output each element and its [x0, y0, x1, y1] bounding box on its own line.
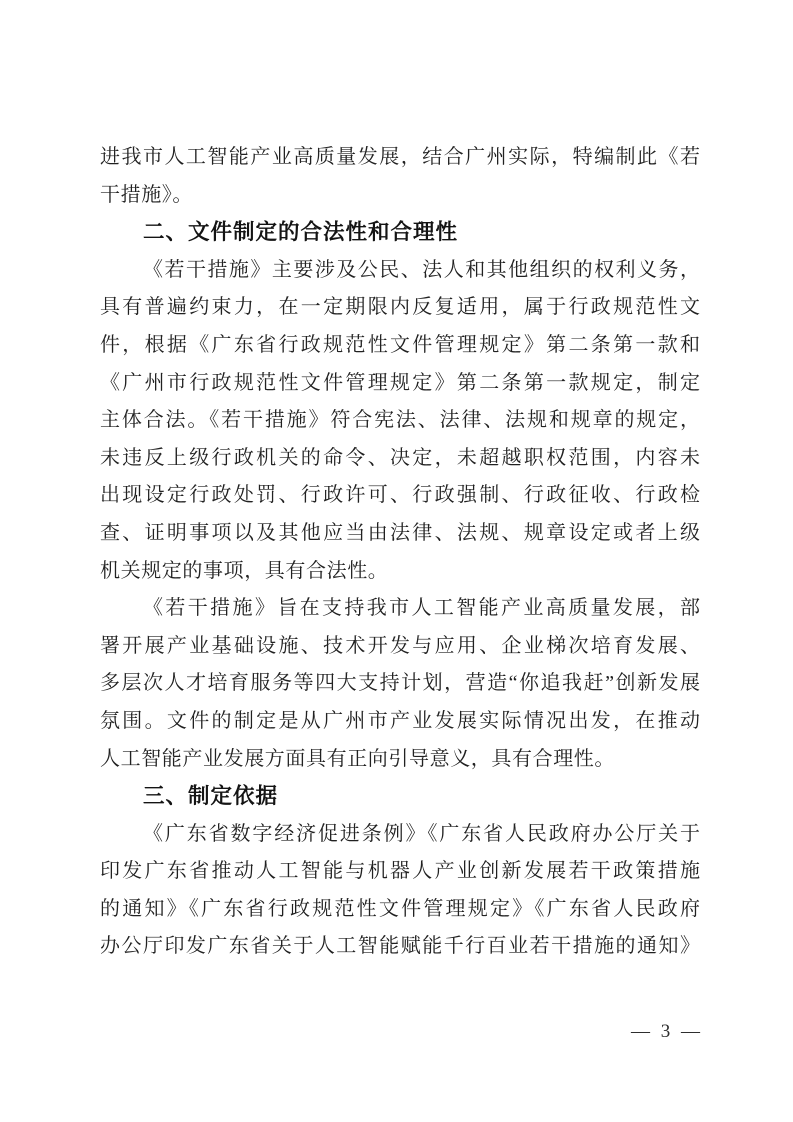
- body-line: 氛围。文件的制定是从广州市产业发展实际情况出发，在推动: [100, 703, 700, 741]
- body-line: 件，根据《广东省行政规范性文件管理规定》第二条第一款和: [100, 327, 700, 365]
- body-line: 进我市人工智能产业高质量发展，结合广州实际，特编制此《若: [100, 139, 700, 177]
- body-line: 机关规定的事项，具有合法性。: [100, 553, 700, 591]
- body-line: 《广东省数字经济促进条例》《广东省人民政府办公厅关于: [100, 816, 700, 854]
- body-line: 署开展产业基础设施、技术开发与应用、企业梯次培育发展、: [100, 628, 700, 666]
- document-body: 进我市人工智能产业高质量发展，结合广州实际，特编制此《若干措施》。二、文件制定的…: [100, 139, 700, 966]
- body-line: 未违反上级行政机关的命令、决定，未超越职权范围，内容未: [100, 440, 700, 478]
- body-line: 多层次人才培育服务等四大支持计划，营造“你追我赶”创新发展: [100, 665, 700, 703]
- body-line: 干措施》。: [100, 177, 700, 215]
- body-line: 人工智能产业发展方面具有正向引导意义，具有合理性。: [100, 741, 700, 779]
- body-line: 查、证明事项以及其他应当由法律、法规、规章设定或者上级: [100, 515, 700, 553]
- body-line: 具有普遍约束力，在一定期限内反复适用，属于行政规范性文: [100, 289, 700, 327]
- section-heading: 三、制定依据: [100, 778, 700, 816]
- body-line: 《广州市行政规范性文件管理规定》第二条第一款规定，制定: [100, 365, 700, 403]
- body-line: 的通知》《广东省行政规范性文件管理规定》《广东省人民政府: [100, 891, 700, 929]
- body-line: 办公厅印发广东省关于人工智能赋能千行百业若干措施的通知》: [100, 928, 700, 966]
- section-heading: 二、文件制定的合法性和合理性: [100, 214, 700, 252]
- body-line: 《若干措施》主要涉及公民、法人和其他组织的权利义务，: [100, 252, 700, 290]
- body-line: 《若干措施》旨在支持我市人工智能产业高质量发展，部: [100, 590, 700, 628]
- body-line: 印发广东省推动人工智能与机器人产业创新发展若干政策措施: [100, 853, 700, 891]
- document-page: 进我市人工智能产业高质量发展，结合广州实际，特编制此《若干措施》。二、文件制定的…: [0, 0, 793, 1122]
- body-line: 主体合法。《若干措施》符合宪法、法律、法规和规章的规定，: [100, 402, 700, 440]
- body-line: 出现设定行政处罚、行政许可、行政强制、行政征收、行政检: [100, 477, 700, 515]
- page-number: — 3 —: [631, 1019, 700, 1045]
